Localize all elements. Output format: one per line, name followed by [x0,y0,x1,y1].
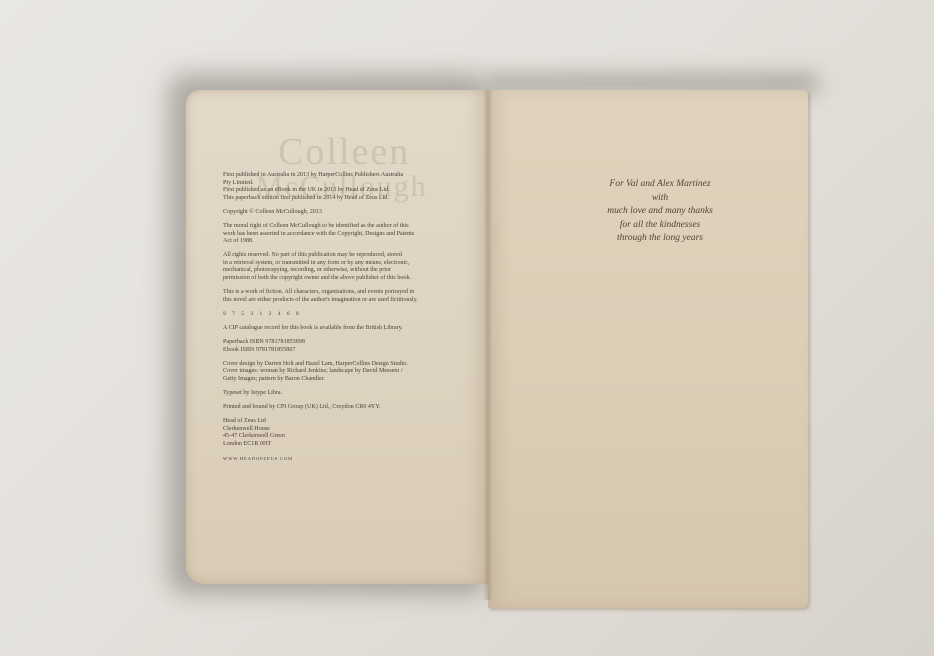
publication-history: First published in Australia in 2013 by … [223,172,468,202]
moral-rights: The moral right of Colleen McCullough to… [223,223,468,246]
dedication-line: For Val and Alex Martinez [570,178,750,192]
printer-key: 9 7 5 3 1 2 4 6 8 [223,311,468,319]
rights-reserved: All rights reserved. No part of this pub… [223,252,468,282]
typeset-credit: Typeset by Istype Libra. [223,390,468,398]
copyright-notice: Copyright © Colleen McCullough, 2013 [223,209,468,217]
cover-credits: Cover design by Darren Holt and Hazel La… [223,361,468,384]
cip-record: A CIP catalogue record for this book is … [223,325,468,333]
publisher-url: WWW.HEADOFZEUS.COM [223,455,468,463]
show-through-text: Colleen [278,130,410,174]
dedication-line: for all the kindnesses [570,219,750,233]
isbn-list: Paperback ISBN 9781781855898 Ebook ISBN … [223,339,468,354]
printer-credit: Printed and bound by CPI Group (UK) Ltd.… [223,404,468,412]
dedication-line: much love and many thanks [570,205,750,219]
dedication-line: through the long years [570,232,750,246]
dedication-line: with [570,192,750,206]
publisher-address: Head of Zeus Ltd Clerkenwell House 45-47… [223,418,468,448]
book-gutter [484,90,492,600]
copyright-text: First published in Australia in 2013 by … [223,172,468,462]
open-book: Colleen McCullough First published in Au… [0,0,934,656]
dedication-page [488,90,808,608]
fiction-disclaimer: This is a work of fiction. All character… [223,289,468,304]
dedication-text: For Val and Alex Martinez with much love… [570,178,750,246]
